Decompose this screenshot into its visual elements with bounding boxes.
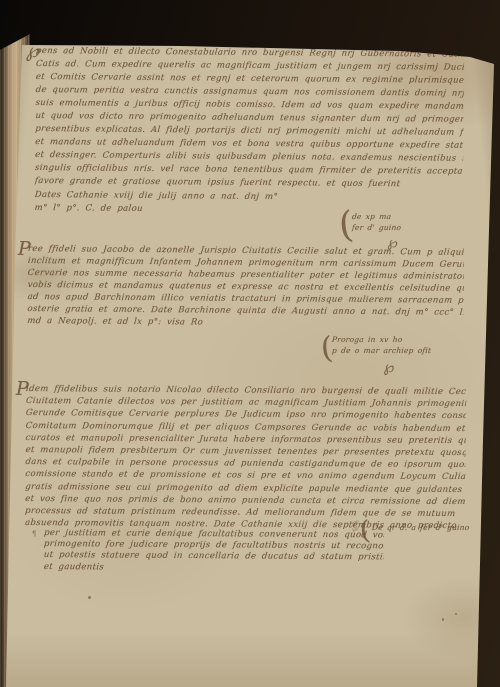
margin-note-line: Proroga in xv ho — [332, 334, 473, 345]
margin-note-line: de xp ma — [352, 211, 453, 222]
stain — [455, 613, 457, 615]
stain — [88, 596, 91, 599]
paragraph-block: P ree ffideli suo Jacobo de azonelle Jur… — [27, 243, 464, 331]
margin-note-line: De qr d. a fer d' guino — [372, 522, 493, 533]
manuscript-photo: Et xcviij ℘ pens ad Nobili et dilecto Co… — [0, 0, 500, 687]
manuscript-line: et gaudentis — [43, 562, 384, 576]
margin-note-line: p de o mar archiep ofit — [332, 345, 473, 356]
manuscript-page: Et xcviij ℘ pens ad Nobili et dilecto Co… — [0, 0, 500, 687]
margin-tick: ¶ — [32, 530, 36, 538]
folio-number: xcviij — [437, 31, 474, 53]
stain — [442, 618, 444, 621]
side-scribble: gº vº — [352, 520, 366, 534]
margin-note-line: fer d' guino — [352, 222, 453, 233]
paragraph-block: per justitiam et curie denique facultati… — [44, 528, 384, 575]
manuscript-line: md a Neapolj. et ad lx p°: visa Ro — [27, 315, 464, 331]
paragraph-block: P idem ffidelibus suis notario Nicolao d… — [25, 383, 466, 533]
margin-note: ( ℘ de xp mafer d' guino — [352, 211, 452, 233]
margin-note: ( De qr d. a fer d' guino — [372, 522, 492, 533]
paraph-mark: ℘ — [383, 358, 395, 377]
margin-note: ( ℘ Proroga in xv hop de o mar archiep o… — [332, 334, 472, 356]
folio-mark: Et — [447, 19, 460, 31]
paragraph-block: ℘ pens ad Nobili et dilecto Conestabular… — [35, 45, 464, 218]
